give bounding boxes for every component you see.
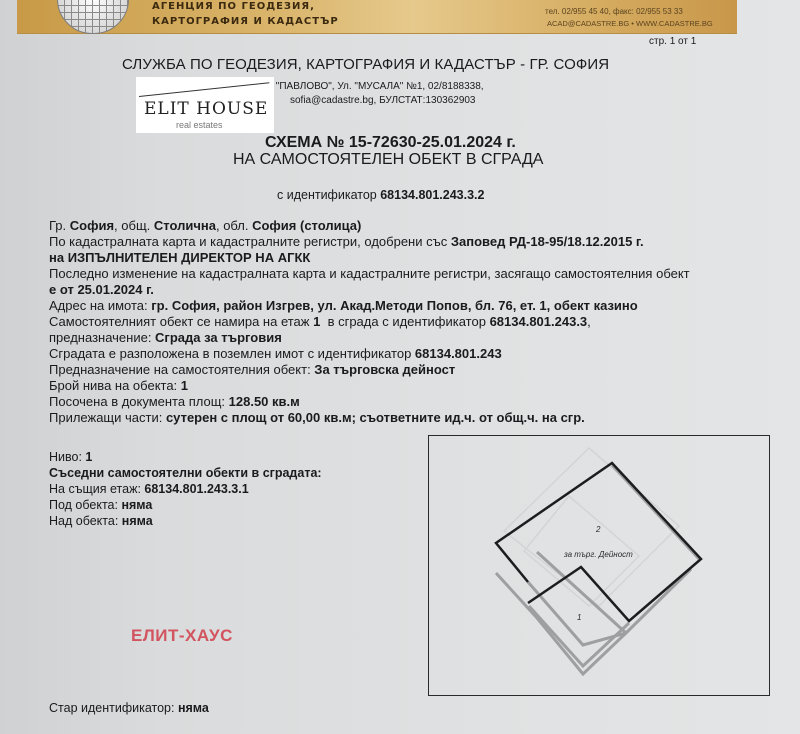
floor-plan-svg: 2 за търг. Дейност 1 <box>429 436 769 695</box>
approval-order: Заповед РД-18-95/18.12.2015 г. <box>451 234 644 249</box>
office-address: , кв. "ПАВЛОВО", Ул. "МУСАЛА" №1, 02/818… <box>255 81 484 92</box>
same-floor-label: На същия етаж: <box>49 482 144 496</box>
municipality-label: , общ. <box>114 218 154 233</box>
agency-name-line-1: АГЕНЦИЯ ПО ГЕОДЕЗИЯ, <box>152 1 315 12</box>
page-number: стр. 1 от 1 <box>649 36 696 47</box>
area-line: Посочена в документа площ: 128.50 кв.м <box>49 394 300 410</box>
approval-authority: на ИЗПЪЛНИТЕЛЕН ДИРЕКТОР НА АГКК <box>49 250 310 266</box>
neighbors-heading: Съседни самостоятелни обекти в сградата: <box>49 465 322 481</box>
agency-phone: тел. 02/955 45 40, факс: 02/955 53 33 <box>545 7 683 16</box>
above-label: Над обекта: <box>49 514 122 528</box>
office-contacts: sofia@cadastre.bg, БУЛСТАТ:130362903 <box>290 95 476 106</box>
region-label: , обл. <box>216 218 252 233</box>
area-label: Посочена в документа площ: <box>49 394 229 409</box>
agency-header-banner: АГЕНЦИЯ ПО ГЕОДЕЗИЯ, КАРТОГРАФИЯ И КАДАС… <box>17 0 737 34</box>
land-line: Сградата е разположена в поземлен имот с… <box>49 346 502 362</box>
last-change-date: е от 25.01.2024 г. <box>49 282 154 298</box>
level-label: Ниво: <box>49 450 85 464</box>
old-identifier-line: Стар идентификатор: няма <box>49 700 209 716</box>
scheme-identifier: с идентификатор 68134.801.243.3.2 <box>277 188 485 202</box>
floor-line: Самостоятелният обект се намира на етаж … <box>49 314 591 330</box>
identifier-label: с идентификатор <box>277 188 380 202</box>
adjacent-parts-value: сутерен с площ от 60,00 кв.м; съответнит… <box>166 410 585 425</box>
logo-roof-line <box>139 82 269 97</box>
elit-house-logo: ELIT HOUSE real estates <box>136 77 274 133</box>
approval-line: По кадастралната карта и кадастралните р… <box>49 234 644 250</box>
logo-name: ELIT HOUSE <box>144 99 268 119</box>
neighbors-heading-text: Съседни самостоятелни обекти в сградата: <box>49 466 322 480</box>
same-floor-line: На същия етаж: 68134.801.243.3.1 <box>49 481 249 497</box>
last-change-date-value: е от 25.01.2024 г. <box>49 282 154 297</box>
property-address: Адрес на имота: гр. София, район Изгрев,… <box>49 298 638 314</box>
floor-text: Самостоятелният обект се намира на етаж <box>49 314 313 329</box>
old-identifier-label: Стар идентификатор: <box>49 701 178 715</box>
last-change-text: Последно изменение на кадастралната карт… <box>49 266 690 282</box>
level-line: Ниво: 1 <box>49 449 92 465</box>
identifier-value: 68134.801.243.3.2 <box>380 188 484 202</box>
levels-line: Брой нива на обекта: 1 <box>49 378 188 394</box>
location-line: Гр. София, общ. Столична, обл. София (ст… <box>49 218 361 234</box>
unit-2-label: за търг. Дейност <box>563 550 633 559</box>
purpose-label: предназначение: <box>49 330 155 345</box>
municipality-value: Столична <box>154 218 216 233</box>
floor-plan-diagram: 2 за търг. Дейност 1 <box>428 435 770 696</box>
levels-value: 1 <box>181 378 188 393</box>
approval-text: По кадастралната карта и кадастралните р… <box>49 234 451 249</box>
above-value: няма <box>122 514 153 528</box>
scheme-title: СХЕМА № 15-72630-25.01.2024 г. <box>265 134 516 152</box>
levels-label: Брой нива на обекта: <box>49 378 181 393</box>
above-line: Над обекта: няма <box>49 513 153 529</box>
agency-name-line-2: КАРТОГРАФИЯ И КАДАСТЪР <box>152 16 339 27</box>
agency-web: ACAD@CADASTRE.BG • WWW.CADASTRE.BG <box>547 19 713 28</box>
below-value: няма <box>121 498 152 512</box>
old-identifier-value: няма <box>178 701 209 715</box>
below-label: Под обекта: <box>49 498 121 512</box>
adjacent-parts-label: Прилежащи части: <box>49 410 166 425</box>
building-purpose: предназначение: Сграда за търговия <box>49 330 282 346</box>
land-id: 68134.801.243 <box>415 346 502 361</box>
agency-stamp: ЕЛИТ-ХАУС <box>131 626 233 646</box>
address-value: гр. София, район Изгрев, ул. Акад.Методи… <box>151 298 637 313</box>
object-purpose-label: Предназначение на самостоятелния обект: <box>49 362 314 377</box>
city-label: Гр. <box>49 218 70 233</box>
address-label: Адрес на имота: <box>49 298 151 313</box>
scheme-subtitle: НА САМОСТОЯТЕЛЕН ОБЕКТ В СГРАДА <box>233 151 543 169</box>
below-line: Под обекта: няма <box>49 497 152 513</box>
globe-icon <box>57 0 129 34</box>
building-text: в сграда с идентификатор <box>320 314 489 329</box>
region-value: София (столица) <box>252 218 361 233</box>
unit-2-number: 2 <box>595 525 601 534</box>
land-text: Сградата е разположена в поземлен имот с… <box>49 346 415 361</box>
building-id: 68134.801.243.3 <box>490 314 588 329</box>
same-floor-value: 68134.801.243.3.1 <box>144 482 248 496</box>
purpose-value: Сграда за търговия <box>155 330 282 345</box>
object-purpose: Предназначение на самостоятелния обект: … <box>49 362 455 378</box>
level-value: 1 <box>85 450 92 464</box>
office-title: СЛУЖБА ПО ГЕОДЕЗИЯ, КАРТОГРАФИЯ И КАДАСТ… <box>122 56 609 73</box>
city-value: София <box>70 218 114 233</box>
comma: , <box>587 314 591 329</box>
logo-tagline: real estates <box>176 120 223 130</box>
adjacent-parts-line: Прилежащи части: сутерен с площ от 60,00… <box>49 410 585 426</box>
approval-by: на ИЗПЪЛНИТЕЛЕН ДИРЕКТОР НА АГКК <box>49 250 310 265</box>
area-value: 128.50 кв.м <box>229 394 300 409</box>
object-purpose-value: За търговска дейност <box>314 362 455 377</box>
unit-1-number: 1 <box>577 613 581 622</box>
